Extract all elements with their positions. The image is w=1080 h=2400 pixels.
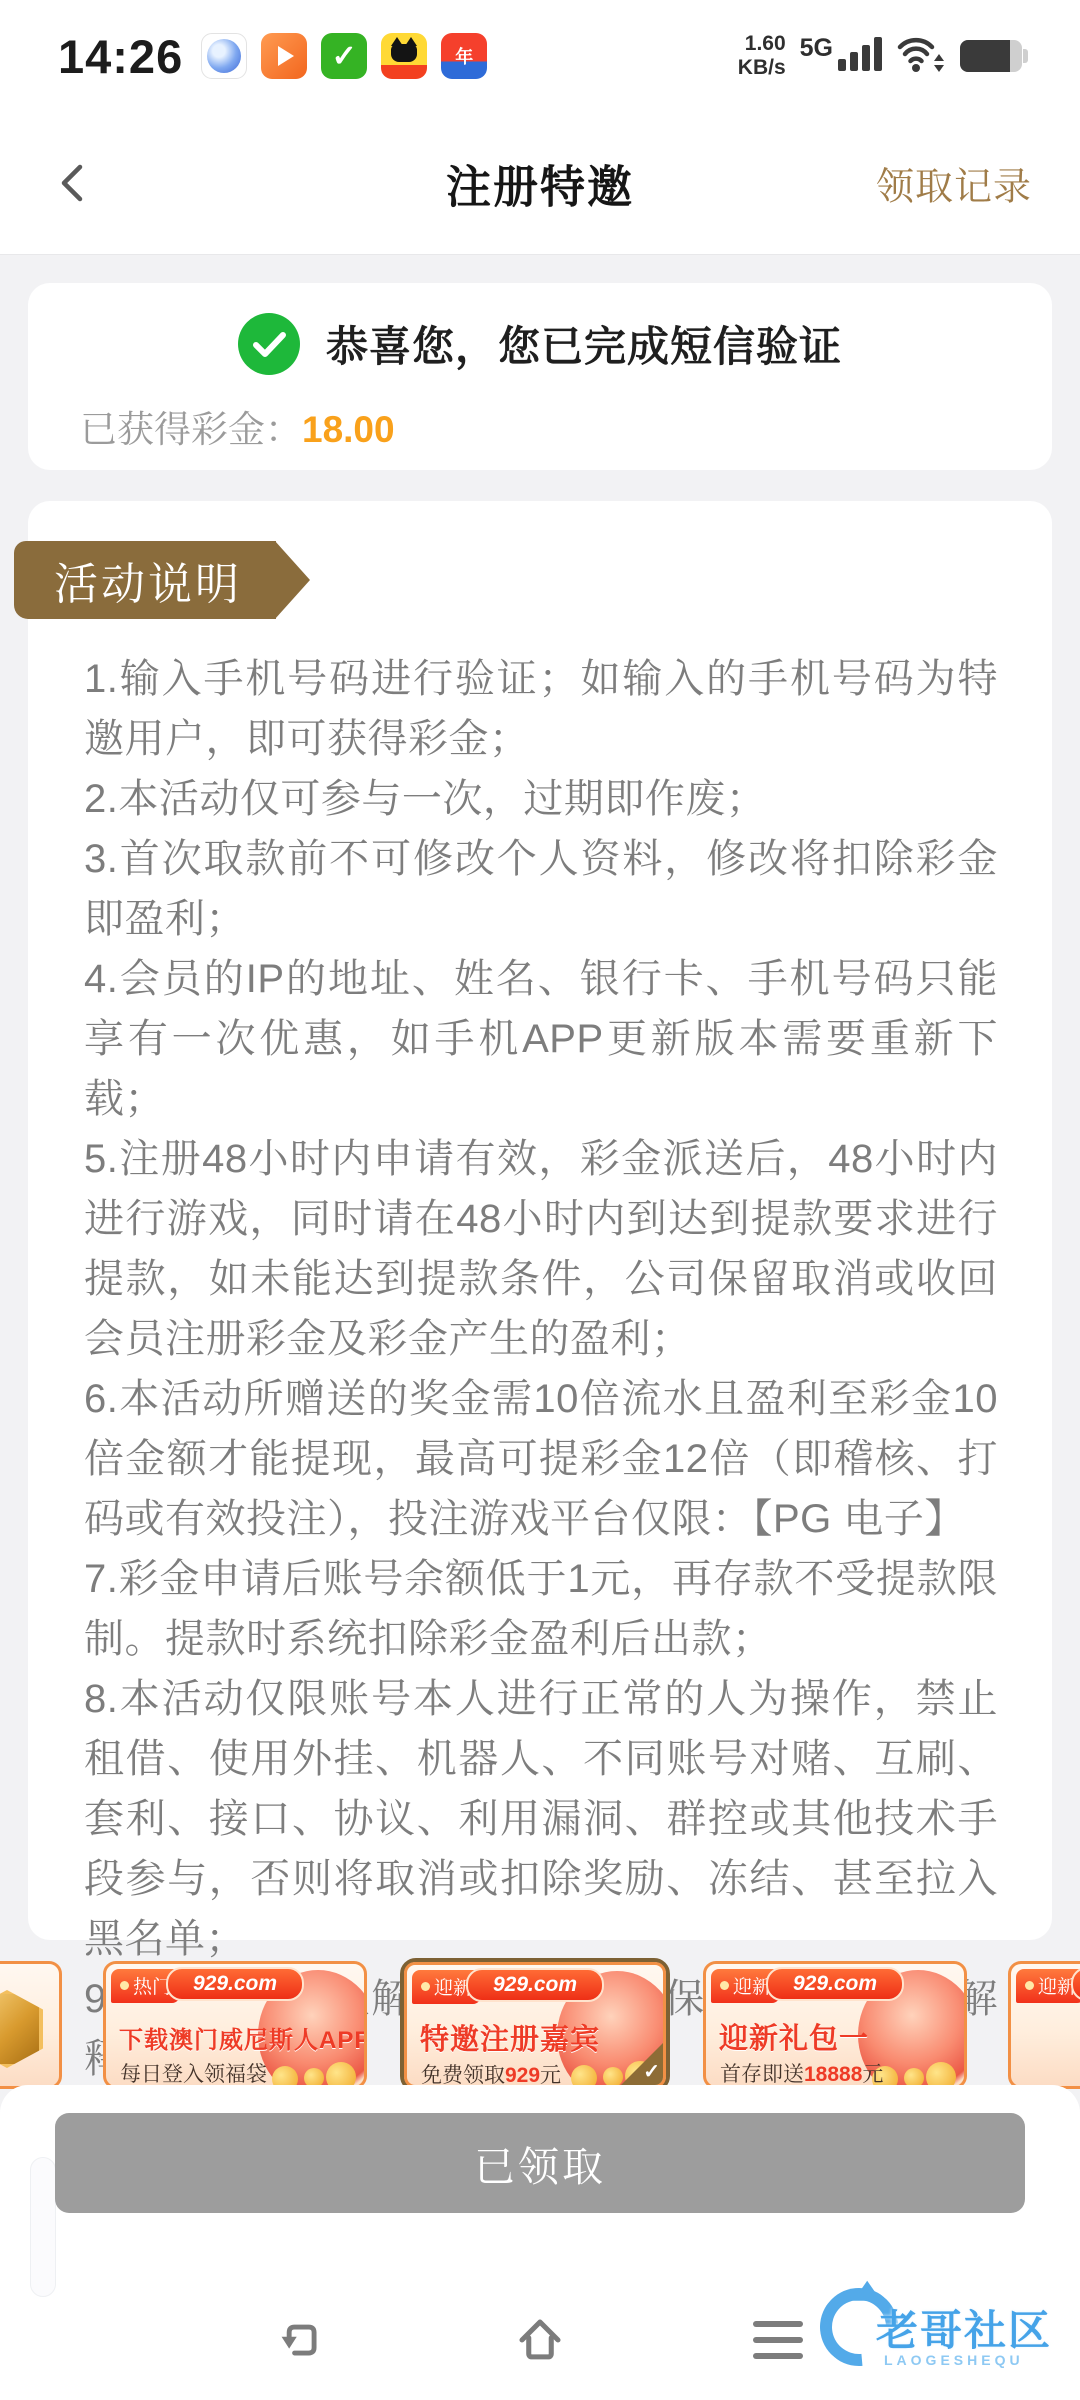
banner-site-pill: 929.com bbox=[466, 1968, 604, 2002]
rule-item: 5.注册48小时内申请有效，彩金派送后，48小时内进行游戏，同时请在48小时内到… bbox=[84, 1129, 998, 1369]
activity-ribbon: 活动说明 bbox=[14, 541, 276, 619]
promo-banner-welcome-gift[interactable]: 迎新 929.com 迎新礼包一 首存即送18888元 bbox=[700, 1958, 970, 2092]
banner-title: 下载澳门威尼斯人APP bbox=[119, 2020, 367, 2055]
rules-list: 1.输入手机号码进行验证；如输入的手机号码为特邀用户，即可获得彩金； 2.本活动… bbox=[84, 649, 998, 2089]
rule-item: 7.彩金申请后账号余额低于1元，再存款不受提款限制。提款时系统扣除彩金盈利后出款… bbox=[84, 1549, 998, 1669]
promo-banner-special-invite[interactable]: 迎新 929.com 特邀注册嘉宾 免费领取929元 ✓ bbox=[400, 1958, 670, 2092]
promo-banner-carousel[interactable]: 热门 929.com 下载澳门威尼斯人APP 每日登入领福袋 迎新 929.co… bbox=[0, 1958, 1080, 2098]
status-bar: 14:26 ✓ 年 1.60 KB/s 5G bbox=[0, 0, 1080, 112]
claim-history-link[interactable]: 领取记录 bbox=[876, 156, 1032, 211]
bottom-sheet: 已领取 老哥社区 LAOGESHEQU bbox=[0, 2085, 1080, 2400]
rule-item: 1.输入手机号码进行验证；如输入的手机号码为特邀用户，即可获得彩金； bbox=[84, 649, 998, 769]
status-indicators: 1.60 KB/s 5G bbox=[738, 0, 1028, 112]
network-speed: 1.60 KB/s bbox=[738, 32, 786, 80]
tasks-app-icon: ✓ bbox=[321, 33, 367, 79]
video-app-icon bbox=[261, 33, 307, 79]
banner-title: 迎新礼包一 bbox=[719, 2016, 869, 2057]
success-check-icon bbox=[238, 313, 300, 375]
battery-icon bbox=[960, 40, 1028, 72]
promo-banner-partial-left[interactable] bbox=[0, 1958, 65, 2092]
banner-subtitle: 每日登入领福袋 bbox=[120, 2058, 267, 2088]
app-screen: 14:26 ✓ 年 1.60 KB/s 5G bbox=[0, 0, 1080, 2400]
banner-site-pill: 929.com bbox=[166, 1967, 304, 2001]
laoge-community-watermark: 老哥社区 LAOGESHEQU bbox=[820, 2280, 1070, 2392]
bonus-line: 已获得彩金：18.00 bbox=[80, 399, 395, 453]
wifi-icon bbox=[896, 32, 946, 74]
rule-item: 2.本活动仅可参与一次，过期即作废； bbox=[84, 769, 998, 829]
tmall-app-icon bbox=[381, 33, 427, 79]
nav-menu-icon[interactable] bbox=[740, 2302, 816, 2378]
sms-verified-card: 恭喜您，您已完成短信验证 已获得彩金：18.00 bbox=[28, 283, 1052, 470]
watermark-name: 老哥社区 bbox=[876, 2298, 1052, 2358]
banner-title: 特邀注册嘉宾 bbox=[420, 2017, 600, 2058]
claim-button-disabled[interactable]: 已领取 bbox=[55, 2113, 1025, 2213]
gold-badge-icon bbox=[0, 1990, 43, 2068]
notification-icons: ✓ 年 bbox=[201, 33, 487, 79]
bonus-amount: 18.00 bbox=[302, 409, 395, 450]
watermark-swirl-icon bbox=[804, 2272, 914, 2382]
rule-item: 8.本活动仅限账号本人进行正常的人为操作，禁止租借、使用外挂、机器人、不同账号对… bbox=[84, 1669, 998, 1969]
success-message: 恭喜您，您已完成短信验证 bbox=[326, 314, 842, 374]
promo-banner-download-app[interactable]: 热门 929.com 下载澳门威尼斯人APP 每日登入领福袋 bbox=[100, 1958, 370, 2092]
activity-rules-card: 活动说明 1.输入手机号码进行验证；如输入的手机号码为特邀用户，即可获得彩金； … bbox=[28, 501, 1052, 1940]
banner-subtitle: 首存即送18888元 bbox=[720, 2058, 883, 2088]
rule-item: 4.会员的IP的地址、姓名、银行卡、手机号码只能享有一次优惠，如手机APP更新版… bbox=[84, 949, 998, 1129]
banner-site-pill: 929.com bbox=[766, 1967, 904, 2001]
taobao-app-icon: 年 bbox=[441, 33, 487, 79]
browser-app-icon bbox=[201, 33, 247, 79]
banner-subtitle: 免费领取929元 bbox=[421, 2059, 561, 2088]
cellular-signal-icon: 5G bbox=[800, 34, 882, 79]
nav-back-icon[interactable] bbox=[262, 2302, 338, 2378]
clock: 14:26 bbox=[58, 29, 183, 84]
rule-item: 6.本活动所赠送的奖金需10倍流水且盈利至彩金10倍金额才能提现，最高可提彩金1… bbox=[84, 1369, 998, 1549]
browser-nav-bar: 老哥社区 LAOGESHEQU bbox=[0, 2280, 1080, 2400]
activity-ribbon-label: 活动说明 bbox=[54, 548, 242, 612]
bonus-label: 已获得彩金： bbox=[80, 409, 302, 450]
nav-home-icon[interactable] bbox=[502, 2302, 578, 2378]
watermark-subtext: LAOGESHEQU bbox=[884, 2352, 1024, 2368]
promo-banner-partial-right[interactable]: 迎新 929.com bbox=[1005, 1958, 1080, 2092]
scroll-indicator bbox=[30, 2157, 56, 2297]
rule-item: 3.首次取款前不可修改个人资料，修改将扣除彩金即盈利； bbox=[84, 829, 998, 949]
page-header: 注册特邀 领取记录 bbox=[0, 112, 1080, 255]
